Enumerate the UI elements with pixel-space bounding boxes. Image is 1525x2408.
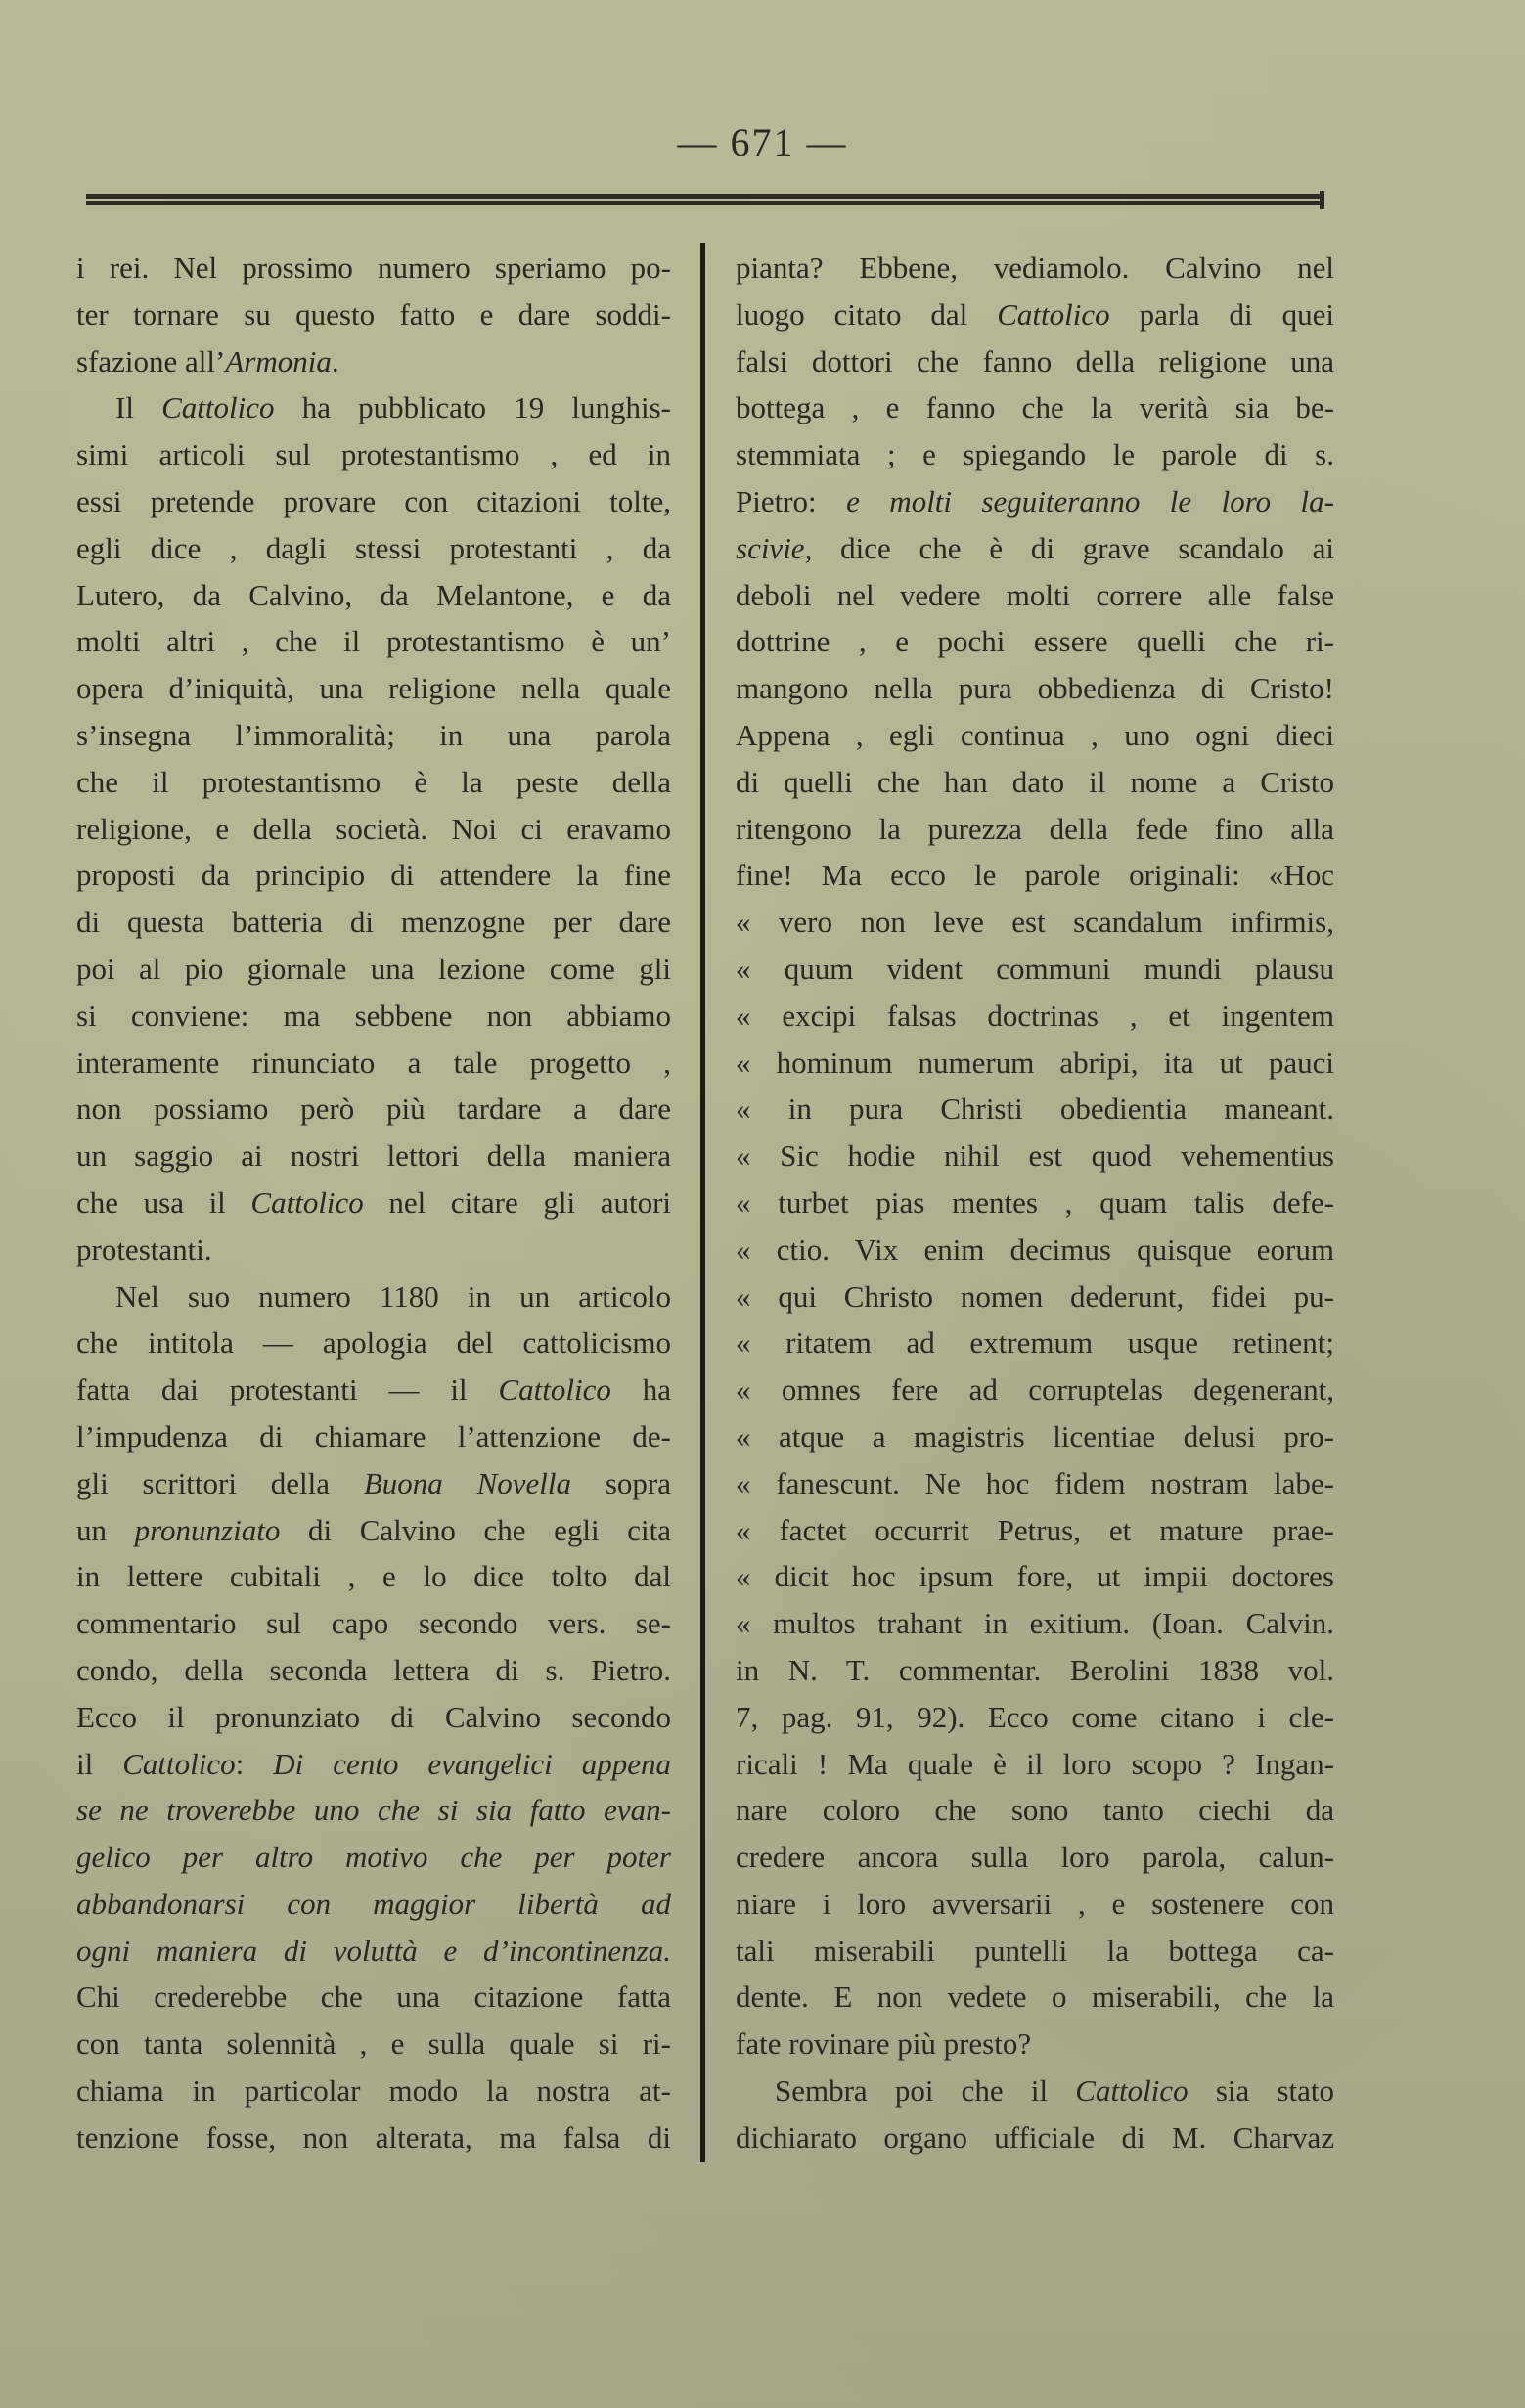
italic-text: Cattolico [161, 390, 274, 424]
text-line: nare coloro che sono tanto ciechi da [736, 1787, 1334, 1834]
text-line: « in pura Christi obedientia maneant. [736, 1086, 1334, 1133]
text-line: tali miserabili puntelli la bottega ca- [736, 1928, 1334, 1975]
text-line: Il Cattolico ha pubblicato 19 lunghis- [76, 384, 671, 431]
text-line: pianta? Ebbene, vediamolo. Calvino nel [736, 245, 1334, 291]
text-line: proposti da principio di attendere la fi… [76, 852, 671, 899]
text-line: poi al pio giornale una lezione come gli [76, 946, 671, 993]
text-segment: Sembra poi che il [775, 2074, 1075, 2108]
text-line: scivie, dice che è di grave scandalo ai [736, 525, 1334, 572]
italic-text: gelico per altro motivo che per poter [76, 1840, 671, 1874]
text-segment: molti altri , che il protestantismo è un… [76, 624, 671, 658]
text-segment: « Sic hodie nihil est quod vehementius [736, 1138, 1334, 1173]
text-line: che intitola — apologia del cattolicismo [76, 1319, 671, 1366]
text-line: « quum vident communi mundi plausu [736, 946, 1334, 993]
text-segment: il [76, 1747, 122, 1781]
text-line: interamente rinunciato a tale progetto , [76, 1040, 671, 1087]
italic-text: ogni maniera di voluttà e d’incontinenza… [76, 1934, 671, 1968]
text-segment: nel citare gli autori [364, 1185, 671, 1220]
text-line: il Cattolico: Di cento evangelici appena [76, 1741, 671, 1788]
text-line: simi articoli sul protestantismo , ed in [76, 431, 671, 478]
text-line: egli dice , dagli stessi protestanti , d… [76, 525, 671, 572]
text-segment: ha [611, 1372, 671, 1406]
text-line: in lettere cubitali , e lo dice tolto da… [76, 1553, 671, 1600]
page-number: — 671 — [0, 119, 1525, 165]
text-segment: protestanti. [76, 1232, 212, 1267]
italic-text: se ne troverebbe uno che si sia fatto ev… [76, 1793, 671, 1827]
italic-text: Buona Novella [364, 1466, 571, 1500]
text-segment: i rei. Nel prossimo numero speriamo po- [76, 250, 671, 285]
text-line: se ne troverebbe uno che si sia fatto ev… [76, 1787, 671, 1834]
text-line: « vero non leve est scandalum infirmis, [736, 899, 1334, 946]
text-line: ogni maniera di voluttà e d’incontinenza… [76, 1928, 671, 1975]
text-segment: « excipi falsas doctrinas , et ingentem [736, 999, 1334, 1033]
text-segment: s’insegna l’immoralità; in una parola [76, 718, 671, 752]
text-line: tenzione fosse, non alterata, ma falsa d… [76, 2115, 671, 2162]
text-segment: si conviene: ma sebbene non abbiamo [76, 999, 671, 1033]
text-segment: tenzione fosse, non alterata, ma falsa d… [76, 2120, 671, 2155]
text-segment: ha pubblicato 19 lunghis- [275, 390, 671, 424]
text-line: « Sic hodie nihil est quod vehementius [736, 1133, 1334, 1180]
text-line: molti altri , che il protestantismo è un… [76, 618, 671, 665]
text-line: si conviene: ma sebbene non abbiamo [76, 993, 671, 1040]
text-segment: « turbet pias mentes , quam talis defe- [736, 1185, 1334, 1220]
text-line: religione, e della società. Noi ci erava… [76, 806, 671, 853]
text-segment: deboli nel vedere molti correre alle fal… [736, 578, 1334, 612]
text-segment: parla di quei [1110, 297, 1334, 332]
text-segment: l’impudenza di chiamare l’attenzione de- [76, 1419, 671, 1453]
text-segment: « ritatem ad extremum usque retinent; [736, 1325, 1334, 1360]
text-line: fine! Ma ecco le parole originali: «Hoc [736, 852, 1334, 899]
text-segment: pianta? Ebbene, vediamolo. Calvino nel [736, 250, 1334, 285]
text-segment: interamente rinunciato a tale progetto , [76, 1046, 671, 1080]
text-segment: « quum vident communi mundi plausu [736, 952, 1334, 986]
text-segment: « fanescunt. Ne hoc fidem nostram labe- [736, 1466, 1334, 1500]
text-segment: fine! Ma ecco le parole originali: «Hoc [736, 858, 1334, 892]
text-line: dente. E non vedete o miserabili, che la [736, 1974, 1334, 2021]
text-segment: sopra [571, 1466, 671, 1500]
text-line: di questa batteria di menzogne per dare [76, 899, 671, 946]
text-segment: con tanta solennità , e sulla quale si r… [76, 2027, 671, 2061]
text-segment: gli scrittori della [76, 1466, 364, 1500]
text-line: niare i loro avversarii , e sostenere co… [736, 1881, 1334, 1928]
text-line: « factet occurrit Petrus, et mature prae… [736, 1507, 1334, 1554]
italic-text: pronunziato [135, 1513, 281, 1547]
text-segment: Ecco il pronunziato di Calvino secondo [76, 1700, 671, 1734]
text-segment: « atque a magistris licentiae delusi pro… [736, 1419, 1334, 1453]
text-segment: sia stato [1189, 2074, 1334, 2108]
text-line: essi pretende provare con citazioni tolt… [76, 478, 671, 525]
text-segment: : [236, 1747, 274, 1781]
text-line: « turbet pias mentes , quam talis defe- [736, 1180, 1334, 1226]
text-line: non possiamo però più tardare a dare [76, 1086, 671, 1133]
text-segment: « in pura Christi obedientia maneant. [736, 1092, 1334, 1126]
text-segment: ter tornare su questo fatto e dare soddi… [76, 297, 671, 332]
text-line: di quelli che han dato il nome a Cristo [736, 759, 1334, 806]
text-segment: di questa batteria di menzogne per dare [76, 905, 671, 939]
text-line: protestanti. [76, 1226, 671, 1273]
text-segment: simi articoli sul protestantismo , ed in [76, 437, 671, 471]
rule-end-cap [1320, 191, 1324, 209]
text-line: i rei. Nel prossimo numero speriamo po- [76, 245, 671, 291]
text-segment: Lutero, da Calvino, da Melantone, e da [76, 578, 671, 612]
text-line: credere ancora sulla loro parola, calun- [736, 1834, 1334, 1881]
text-segment: « factet occurrit Petrus, et mature prae… [736, 1513, 1334, 1547]
text-line: un pronunziato di Calvino che egli cita [76, 1507, 671, 1554]
text-line: fatta dai protestanti — il Cattolico ha [76, 1366, 671, 1413]
italic-text: Di cento evangelici appena [273, 1747, 671, 1781]
text-segment: in lettere cubitali , e lo dice tolto da… [76, 1559, 671, 1593]
text-segment: niare i loro avversarii , e sostenere co… [736, 1887, 1334, 1921]
text-line: « excipi falsas doctrinas , et ingentem [736, 993, 1334, 1040]
text-line: dichiarato organo ufficiale di M. Charva… [736, 2115, 1334, 2162]
text-segment: tali miserabili puntelli la bottega ca- [736, 1934, 1334, 1968]
text-line: l’impudenza di chiamare l’attenzione de- [76, 1413, 671, 1460]
text-segment: Nel suo numero 1180 in un articolo [115, 1279, 671, 1314]
text-segment: « omnes fere ad corruptelas degenerant, [736, 1372, 1334, 1406]
text-segment: « ctio. Vix enim decimus quisque eorum [736, 1232, 1334, 1267]
header-double-rule [86, 194, 1321, 207]
text-line: gli scrittori della Buona Novella sopra [76, 1460, 671, 1507]
italic-text: Cattolico [250, 1185, 363, 1220]
text-segment: falsi dottori che fanno della religione … [736, 344, 1334, 379]
right-column: pianta? Ebbene, vediamolo. Calvino nellu… [736, 245, 1334, 2162]
text-segment: 7, pag. 91, 92). Ecco come citano i cle- [736, 1700, 1334, 1734]
text-segment: Chi crederebbe che una citazione fatta [76, 1980, 671, 2014]
text-segment: Pietro: [736, 484, 846, 518]
text-segment: di Calvino che egli cita [280, 1513, 671, 1547]
italic-text: Armonia [225, 344, 332, 379]
text-line: che il protestantismo è la peste della [76, 759, 671, 806]
text-segment: , dice che è di grave scandalo ai [805, 531, 1334, 565]
text-line: un saggio ai nostri lettori della manier… [76, 1133, 671, 1180]
text-line: Nel suo numero 1180 in un articolo [76, 1273, 671, 1320]
text-line: luogo citato dal Cattolico parla di quei [736, 291, 1334, 338]
left-column: i rei. Nel prossimo numero speriamo po-t… [76, 245, 671, 2162]
text-segment: stemmiata ; e spiegando le parole di s. [736, 437, 1334, 471]
text-segment: sfazione all’ [76, 344, 225, 379]
text-line: condo, della seconda lettera di s. Pietr… [76, 1647, 671, 1694]
text-segment: non possiamo però più tardare a dare [76, 1092, 671, 1126]
text-segment: mangono nella pura obbedienza di Cristo! [736, 671, 1334, 705]
text-segment: religione, e della società. Noi ci erava… [76, 812, 671, 846]
text-segment: « hominum numerum abripi, ita ut pauci [736, 1046, 1334, 1080]
text-segment: un [76, 1513, 135, 1547]
text-line: Chi crederebbe che una citazione fatta [76, 1974, 671, 2021]
italic-text: Cattolico [122, 1747, 235, 1781]
italic-text: scivie [736, 531, 805, 565]
text-segment: credere ancora sulla loro parola, calun- [736, 1840, 1334, 1874]
text-line: ricali ! Ma quale è il loro scopo ? Inga… [736, 1741, 1334, 1788]
text-line: dottrine , e pochi essere quelli che ri- [736, 618, 1334, 665]
text-segment: chiama in particolar modo la nostra at- [76, 2074, 671, 2108]
text-line: con tanta solennità , e sulla quale si r… [76, 2021, 671, 2068]
text-line: « hominum numerum abripi, ita ut pauci [736, 1040, 1334, 1087]
text-segment: dente. E non vedete o miserabili, che la [736, 1980, 1334, 2014]
text-segment: nare coloro che sono tanto ciechi da [736, 1793, 1334, 1827]
text-line: « atque a magistris licentiae delusi pro… [736, 1413, 1334, 1460]
text-segment: Il [115, 390, 161, 424]
text-line: stemmiata ; e spiegando le parole di s. [736, 431, 1334, 478]
text-line: fate rovinare più presto? [736, 2021, 1334, 2068]
text-segment: bottega , e fanno che la verità sia be- [736, 390, 1334, 424]
text-segment: in N. T. commentar. Berolini 1838 vol. [736, 1653, 1334, 1687]
text-segment: . [332, 344, 339, 379]
text-line: bottega , e fanno che la verità sia be- [736, 384, 1334, 431]
text-segment: essi pretende provare con citazioni tolt… [76, 484, 671, 518]
text-line: ritengono la purezza della fede fino all… [736, 806, 1334, 853]
text-line: deboli nel vedere molti correre alle fal… [736, 572, 1334, 619]
text-line: mangono nella pura obbedienza di Cristo! [736, 665, 1334, 712]
text-segment: Appena , egli continua , uno ogni dieci [736, 718, 1334, 752]
text-segment: opera d’iniquità, una religione nella qu… [76, 671, 671, 705]
text-line: falsi dottori che fanno della religione … [736, 338, 1334, 385]
text-segment: ritengono la purezza della fede fino all… [736, 812, 1334, 846]
text-line: Pietro: e molti seguiteranno le loro la- [736, 478, 1334, 525]
text-line: Sembra poi che il Cattolico sia stato [736, 2068, 1334, 2115]
text-segment: luogo citato dal [736, 297, 997, 332]
text-line: « dicit hoc ipsum fore, ut impii doctore… [736, 1553, 1334, 1600]
text-segment: che usa il [76, 1185, 250, 1220]
text-segment: egli dice , dagli stessi protestanti , d… [76, 531, 671, 565]
text-line: « multos trahant in exitium. (Ioan. Calv… [736, 1600, 1334, 1647]
text-segment: ricali ! Ma quale è il loro scopo ? Inga… [736, 1747, 1334, 1781]
text-segment: un saggio ai nostri lettori della manier… [76, 1138, 671, 1173]
italic-text: Cattolico [1075, 2074, 1188, 2108]
text-line: 7, pag. 91, 92). Ecco come citano i cle- [736, 1694, 1334, 1741]
text-line: commentario sul capo secondo vers. se- [76, 1600, 671, 1647]
italic-text: Cattolico [498, 1372, 610, 1406]
text-segment: commentario sul capo secondo vers. se- [76, 1606, 671, 1640]
text-segment: « vero non leve est scandalum infirmis, [736, 905, 1334, 939]
text-line: in N. T. commentar. Berolini 1838 vol. [736, 1647, 1334, 1694]
text-segment: dichiarato organo ufficiale di M. Charva… [736, 2120, 1334, 2155]
text-segment: dottrine , e pochi essere quelli che ri- [736, 624, 1334, 658]
text-segment: proposti da principio di attendere la fi… [76, 858, 671, 892]
text-line: Ecco il pronunziato di Calvino secondo [76, 1694, 671, 1741]
text-line: che usa il Cattolico nel citare gli auto… [76, 1180, 671, 1226]
text-line: gelico per altro motivo che per poter [76, 1834, 671, 1881]
text-segment: che intitola — apologia del cattolicismo [76, 1325, 671, 1360]
text-segment: « qui Christo nomen dederunt, fidei pu- [736, 1279, 1334, 1314]
text-line: « ctio. Vix enim decimus quisque eorum [736, 1226, 1334, 1273]
text-segment: condo, della seconda lettera di s. Pietr… [76, 1653, 671, 1687]
text-segment: « multos trahant in exitium. (Ioan. Calv… [736, 1606, 1334, 1640]
text-segment: « dicit hoc ipsum fore, ut impii doctore… [736, 1559, 1334, 1593]
text-segment: poi al pio giornale una lezione come gli [76, 952, 671, 986]
text-line: « omnes fere ad corruptelas degenerant, [736, 1366, 1334, 1413]
text-segment: che il protestantismo è la peste della [76, 765, 671, 799]
rule-line-top [86, 194, 1321, 199]
italic-text: Cattolico [997, 297, 1109, 332]
text-line: Appena , egli continua , uno ogni dieci [736, 712, 1334, 759]
column-divider [700, 243, 705, 2162]
text-line: ter tornare su questo fatto e dare soddi… [76, 291, 671, 338]
text-segment: fatta dai protestanti — il [76, 1372, 498, 1406]
italic-text: e molti seguiteranno le loro la- [846, 484, 1334, 518]
text-line: s’insegna l’immoralità; in una parola [76, 712, 671, 759]
text-line: « qui Christo nomen dederunt, fidei pu- [736, 1273, 1334, 1320]
text-segment: di quelli che han dato il nome a Cristo [736, 765, 1334, 799]
text-segment: fate rovinare più presto? [736, 2027, 1031, 2061]
text-line: abbandonarsi con maggior libertà ad [76, 1881, 671, 1928]
text-line: chiama in particolar modo la nostra at- [76, 2068, 671, 2115]
text-line: « fanescunt. Ne hoc fidem nostram labe- [736, 1460, 1334, 1507]
text-line: opera d’iniquità, una religione nella qu… [76, 665, 671, 712]
text-line: « ritatem ad extremum usque retinent; [736, 1319, 1334, 1366]
text-line: sfazione all’Armonia. [76, 338, 671, 385]
italic-text: abbandonarsi con maggior libertà ad [76, 1887, 671, 1921]
text-line: Lutero, da Calvino, da Melantone, e da [76, 572, 671, 619]
rule-line-bottom [86, 201, 1321, 205]
